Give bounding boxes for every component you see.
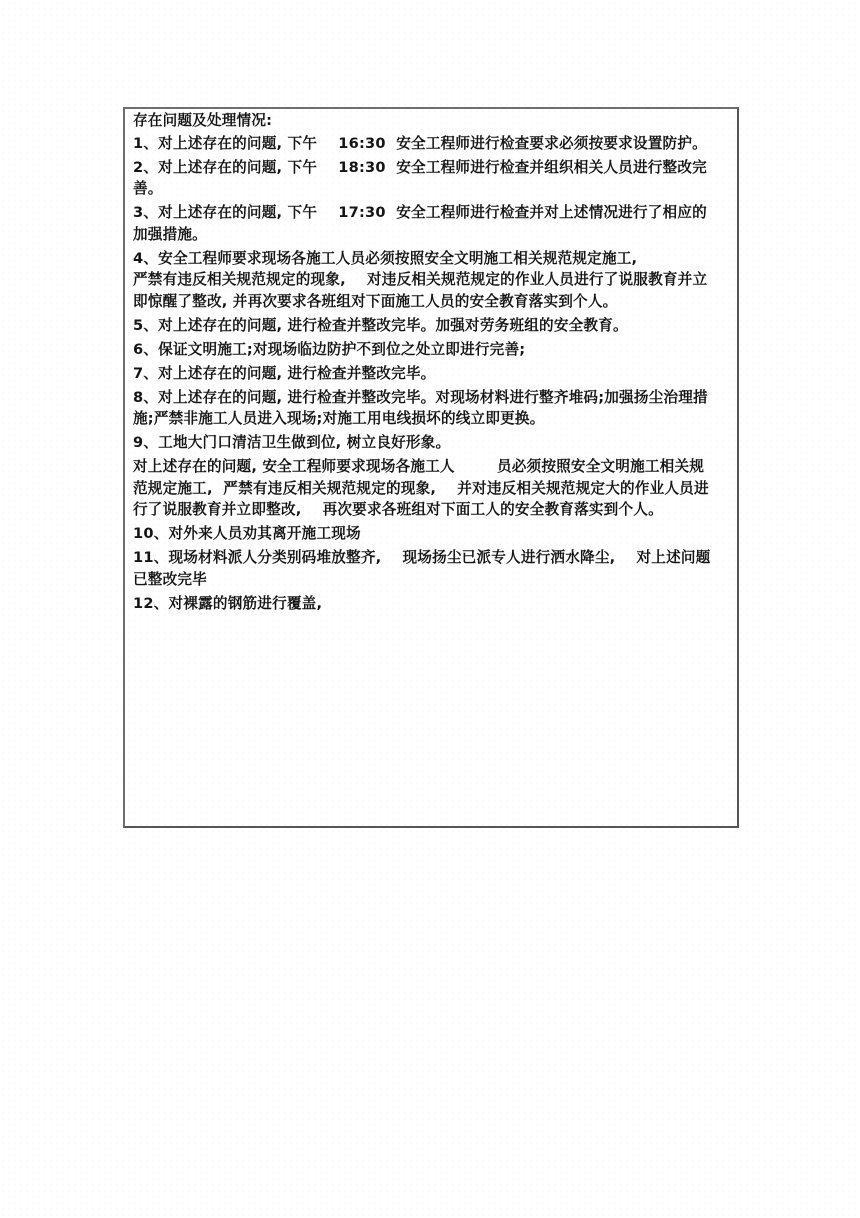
issue-item-6: 6、保证文明施工;对现场临边防护不到位之处立即进行完善; — [133, 339, 711, 361]
item-number: 9、 — [133, 434, 158, 451]
issue-item-9: 9、工地大门口清洁卫生做到位, 树立良好形象。 — [133, 432, 711, 454]
issue-item-5: 5、对上述存在的问题, 进行检查并整改完毕。加强对劳务班组的安全教育。 — [133, 315, 711, 337]
item-text: 对上述存在的问题, 下午 18:30 安全工程师进行检查并组织相关人员进行整改完… — [133, 159, 707, 198]
item-text: 对上述存在的问题, 进行检查并整改完毕。对现场材料进行整齐堆码;加强扬尘治理措施… — [133, 389, 708, 428]
item-number: 1、 — [133, 135, 158, 152]
item-text: 对上述存在的问题, 进行检查并整改完毕。 — [158, 365, 435, 382]
document-page: 存在问题及处理情况: 1、对上述存在的问题, 下午 16:30 安全工程师进行检… — [0, 0, 860, 1218]
item-number: 5、 — [133, 317, 158, 334]
issue-item-1: 1、对上述存在的问题, 下午 16:30 安全工程师进行检查要求必须按要求设置防… — [133, 133, 711, 155]
item-number: 11、 — [133, 549, 169, 566]
issue-summary-paragraph: 对上述存在的问题, 安全工程师要求现场各施工人 员必须按照安全文明施工相关规范规… — [133, 456, 711, 521]
item-number: 2、 — [133, 159, 158, 176]
issue-item-3: 3、对上述存在的问题, 下午 17:30 安全工程师进行检查并对上述情况进行了相… — [133, 202, 711, 245]
item-text: 对裸露的钢筋进行覆盖, — [169, 595, 323, 612]
item-text: 安全工程师要求现场各施工人员必须按照安全文明施工相关规范规定施工, 严禁有违反相… — [133, 250, 707, 310]
issue-item-12: 12、对裸露的钢筋进行覆盖, — [133, 593, 711, 615]
issue-item-8: 8、对上述存在的问题, 进行检查并整改完毕。对现场材料进行整齐堆码;加强扬尘治理… — [133, 387, 711, 430]
issues-content: 存在问题及处理情况: 1、对上述存在的问题, 下午 16:30 安全工程师进行检… — [133, 110, 711, 617]
item-text: 对外来人员劝其离开施工现场 — [169, 525, 361, 542]
item-number: 6、 — [133, 341, 158, 358]
item-text: 对上述存在的问题, 下午 16:30 安全工程师进行检查要求必须按要求设置防护。 — [158, 135, 707, 152]
issue-item-11: 11、现场材料派人分类别码堆放整齐, 现场扬尘已派专人进行洒水降尘, 对上述问题… — [133, 547, 711, 590]
issue-item-4: 4、安全工程师要求现场各施工人员必须按照安全文明施工相关规范规定施工, 严禁有违… — [133, 248, 711, 313]
issue-item-7: 7、对上述存在的问题, 进行检查并整改完毕。 — [133, 363, 711, 385]
section-title: 存在问题及处理情况: — [133, 110, 711, 132]
issue-item-2: 2、对上述存在的问题, 下午 18:30 安全工程师进行检查并组织相关人员进行整… — [133, 157, 711, 200]
item-number: 7、 — [133, 365, 158, 382]
item-number: 10、 — [133, 525, 169, 542]
item-text: 对上述存在的问题, 进行检查并整改完毕。加强对劳务班组的安全教育。 — [158, 317, 628, 334]
item-number: 3、 — [133, 204, 158, 221]
item-number: 8、 — [133, 389, 158, 406]
item-number: 12、 — [133, 595, 169, 612]
item-text: 对上述存在的问题, 下午 17:30 安全工程师进行检查并对上述情况进行了相应的… — [133, 204, 707, 243]
item-text: 工地大门口清洁卫生做到位, 树立良好形象。 — [158, 434, 450, 451]
item-text: 现场材料派人分类别码堆放整齐, 现场扬尘已派专人进行洒水降尘, 对上述问题已整改… — [133, 549, 710, 588]
issue-item-10: 10、对外来人员劝其离开施工现场 — [133, 523, 711, 545]
issues-table-cell: 存在问题及处理情况: 1、对上述存在的问题, 下午 16:30 安全工程师进行检… — [123, 107, 739, 828]
item-number: 4、 — [133, 250, 158, 267]
item-text: 保证文明施工;对现场临边防护不到位之处立即进行完善; — [158, 341, 525, 358]
item-text: 对上述存在的问题, 安全工程师要求现场各施工人 员必须按照安全文明施工相关规范规… — [133, 458, 709, 518]
